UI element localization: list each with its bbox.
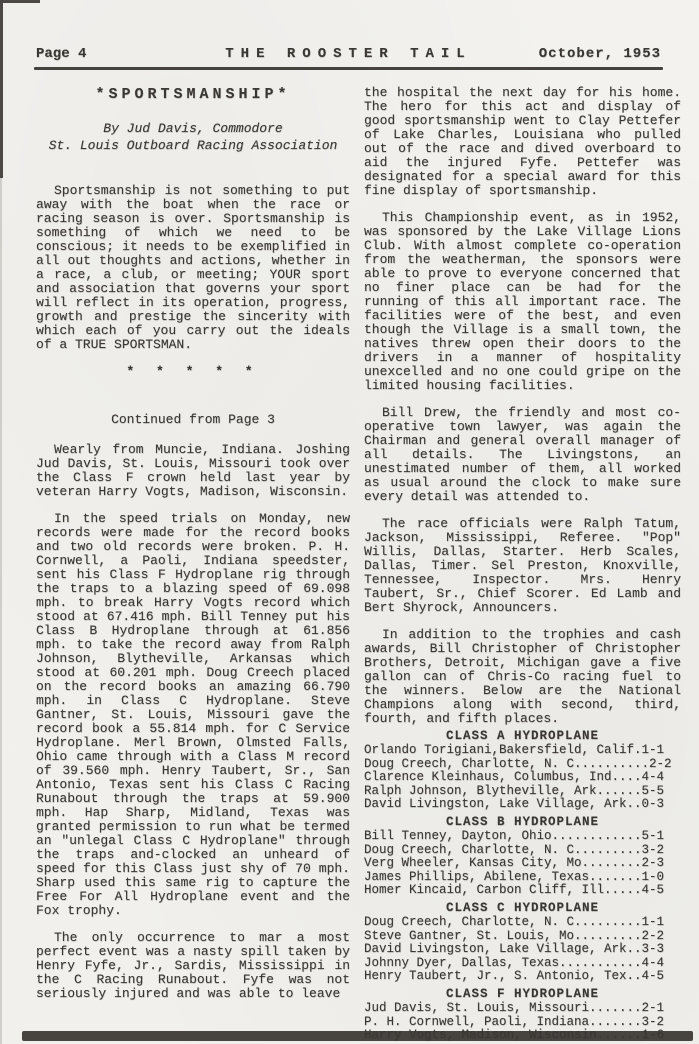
article-paragraph-trophies: In addition to the trophies and cash awa… — [364, 628, 681, 726]
results-row: Ralph Johnson, Blytheville, Ark......5-5 — [364, 785, 681, 799]
results-class-a-title: CLASS A HYDROPLANE — [364, 729, 681, 743]
results-row: Doug Creech, Charlotte, N. C..........2-… — [364, 758, 681, 772]
byline-organization: St. Louis Outboard Racing Association — [36, 137, 350, 154]
article-paragraph-intro: Sportsmanship is not something to put aw… — [36, 184, 350, 352]
asterisk-separator: * * * * * — [36, 365, 350, 379]
article-byline: By Jud Davis, Commodore St. Louis Outboa… — [36, 120, 350, 154]
article-paragraph-hospital: the hospital the next day for his home. … — [364, 86, 681, 198]
scan-edge-top — [0, 0, 40, 3]
national-champions-results: CLASS A HYDROPLANE Orlando Torigiani,Bak… — [364, 729, 681, 1043]
results-row: David Livingston, Lake Village, Ark..0-3 — [364, 798, 681, 812]
right-column: the hospital the next day for his home. … — [364, 86, 681, 1043]
issue-date: October, 1953 — [539, 46, 661, 62]
scan-edge-left — [0, 0, 3, 178]
results-row: Orlando Torigiani,Bakersfield, Calif.1-1 — [364, 744, 681, 758]
results-row: James Phillips, Abilene, Texas.......1-0 — [364, 871, 681, 885]
results-row: David Livingston, Lake Village, Ark..3-3 — [364, 943, 681, 957]
results-row: Harry Vogts, Madison, Wisconsin......1-6 — [364, 1029, 681, 1043]
article-paragraph-speed-trials: In the speed trials on Monday, new recor… — [36, 512, 350, 918]
article-paragraph-spill: The only occurrence to mar a most perfec… — [36, 931, 350, 1001]
byline-author: By Jud Davis, Commodore — [36, 120, 350, 137]
left-column: *SPORTSMANSHIP* By Jud Davis, Commodore … — [36, 88, 350, 1014]
header-rule — [34, 67, 663, 70]
article-paragraph-bill-drew: Bill Drew, the friendly and most co-oper… — [364, 406, 681, 504]
results-class-f-title: CLASS F HYDROPLANE — [364, 987, 681, 1001]
article-paragraph-officials: The race officials were Ralph Tatum, Jac… — [364, 517, 681, 615]
results-row: Doug Creech, Charlotte, N. C.........3-2 — [364, 844, 681, 858]
results-row: Jud Davis, St. Louis, Missouri.......2-1 — [364, 1002, 681, 1016]
results-row: Clarence Kleinhaus, Columbus, Ind....4-4 — [364, 771, 681, 785]
results-row: Steve Gantner, St. Louis, Mo.........2-2 — [364, 930, 681, 944]
results-row: Doug Creech, Charlotte, N. C.........1-1 — [364, 916, 681, 930]
article-title: *SPORTSMANSHIP* — [36, 88, 350, 102]
results-row: P. H. Cornwell, Paoli, Indiana.......3-2 — [364, 1016, 681, 1030]
page-header: Page 4 THE ROOSTER TAIL October, 1953 — [36, 46, 661, 66]
article-paragraph-muncie: Wearly from Muncie, Indiana. Joshing Jud… — [36, 443, 350, 499]
results-row: Homer Kincaid, Carbon Cliff, Ill.....4-5 — [364, 884, 681, 898]
article-paragraph-championship: This Championship event, as in 1952, was… — [364, 211, 681, 393]
results-row: Verg Wheeler, Kansas City, Mo........2-3 — [364, 857, 681, 871]
newsletter-page: Page 4 THE ROOSTER TAIL October, 1953 *S… — [0, 0, 699, 1044]
results-row: Bill Tenney, Dayton, Ohio............5-1 — [364, 830, 681, 844]
results-class-c-title: CLASS C HYDROPLANE — [364, 901, 681, 915]
results-class-b-title: CLASS B HYDROPLANE — [364, 815, 681, 829]
results-row: Henry Taubert, Jr., S. Antonio, Tex..4-5 — [364, 970, 681, 984]
continued-from-heading: Continued from Page 3 — [36, 413, 350, 427]
results-row: Johnny Dyer, Dallas, Texas...........4-4 — [364, 957, 681, 971]
